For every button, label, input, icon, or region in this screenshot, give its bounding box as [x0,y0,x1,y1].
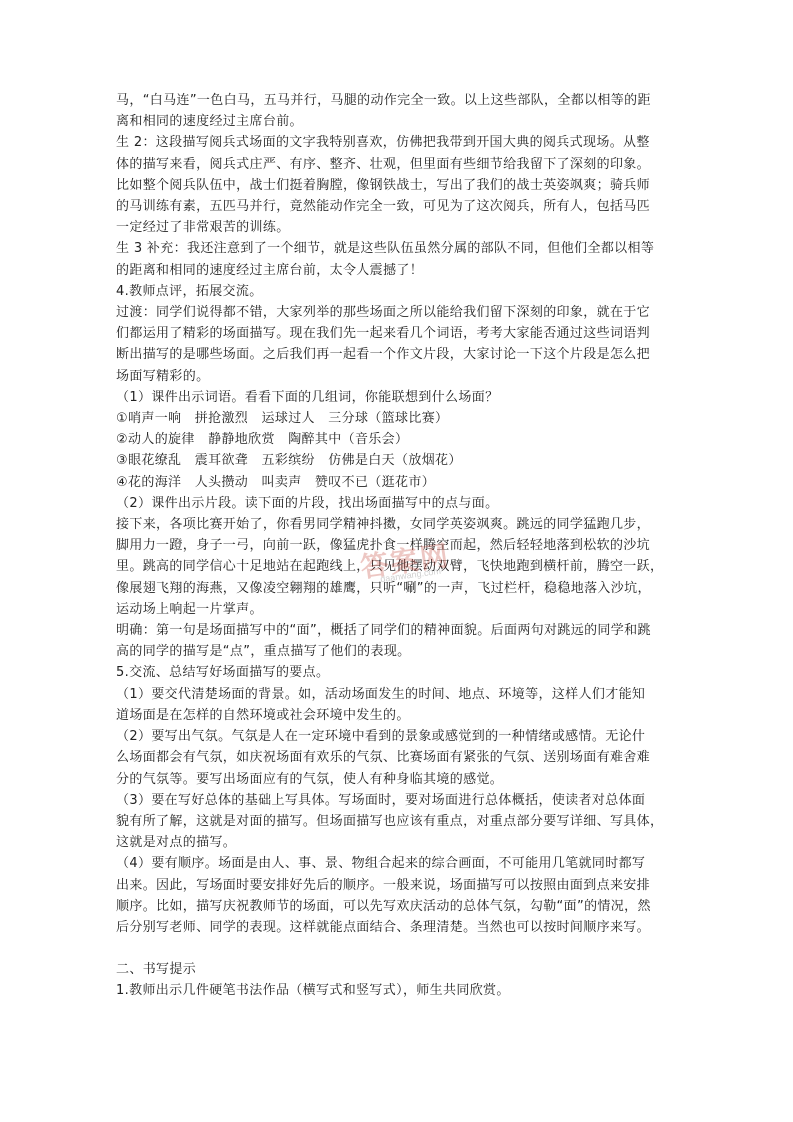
paragraph-sports-excerpt: 接下来，各项比赛开始了，你看男同学精神抖擞，女同学英姿飒爽。跳远的同学猛跑几步，… [116,514,682,620]
section-spacer [116,938,682,959]
point-4-order: （4）要有顺序。场面是由人、事、景、物组合起来的综合画面，不可能用几笔就同时都写… [116,853,682,938]
word-group-3: ③眼花缭乱 震耳欲聋 五彩缤纷 仿佛是白天（放烟花） [116,450,682,471]
paragraph-transition: 过渡：同学们说得都不错，大家列举的那些场面之所以能给我们留下深刻的印象，就在于它… [116,302,682,387]
writing-tip-1: 1.教师出示几件硬笔书法作品（横写式和竖写式），师生共同欣赏。 [116,980,682,1001]
paragraph-student-3: 生 3 补充：我还注意到了一个细节，就是这些队伍虽然分属的部队不同，但他们全都以… [116,238,682,280]
paragraph-clarification: 明确：第一句是场面描写中的“面”，概括了同学们的精神面貌。后面两句对跳远的同学和… [116,620,682,662]
paragraph-step-1-words: （1）课件出示词语。看看下面的几组词，你能联想到什么场面？ [116,387,682,408]
section-heading-5: 5.交流、总结写好场面描写的要点。 [116,662,682,683]
section-heading-4: 4.教师点评，拓展交流。 [116,281,682,302]
document-page: 马，“白马连”一色白马，五马并行，马腿的动作完全一致。以上这些部队，全都以相等的… [116,90,682,1002]
point-1-background: （1）要交代清楚场面的背景。如，活动场面发生的时间、地点、环境等，这样人们才能知… [116,684,682,726]
paragraph-student-2: 生 2：这段描写阅兵式场面的文字我特别喜欢，仿佛把我带到开国大典的阅兵式现场。从… [116,132,682,238]
paragraph-parade-horses: 马，“白马连”一色白马，五马并行，马腿的动作完全一致。以上这些部队，全都以相等的… [116,90,682,132]
word-group-1: ①哨声一响 拼抢激烈 运球过人 三分球（篮球比赛） [116,408,682,429]
word-group-4: ④花的海洋 人头攒动 叫卖声 赞叹不已（逛花市） [116,472,682,493]
word-group-2: ②动人的旋律 静静地欣赏 陶醉其中（音乐会） [116,429,682,450]
point-2-atmosphere: （2）要写出气氛。气氛是人在一定环境中看到的景象或感觉到的一种情绪或感情。无论什… [116,726,682,790]
section-heading-writing-tips: 二、书写提示 [116,959,682,980]
point-3-specifics: （3）要在写好总体的基础上写具体。写场面时，要对场面进行总体概括，使读者对总体面… [116,790,682,854]
paragraph-step-2-excerpt: （2）课件出示片段。读下面的片段，找出场面描写中的点与面。 [116,493,682,514]
